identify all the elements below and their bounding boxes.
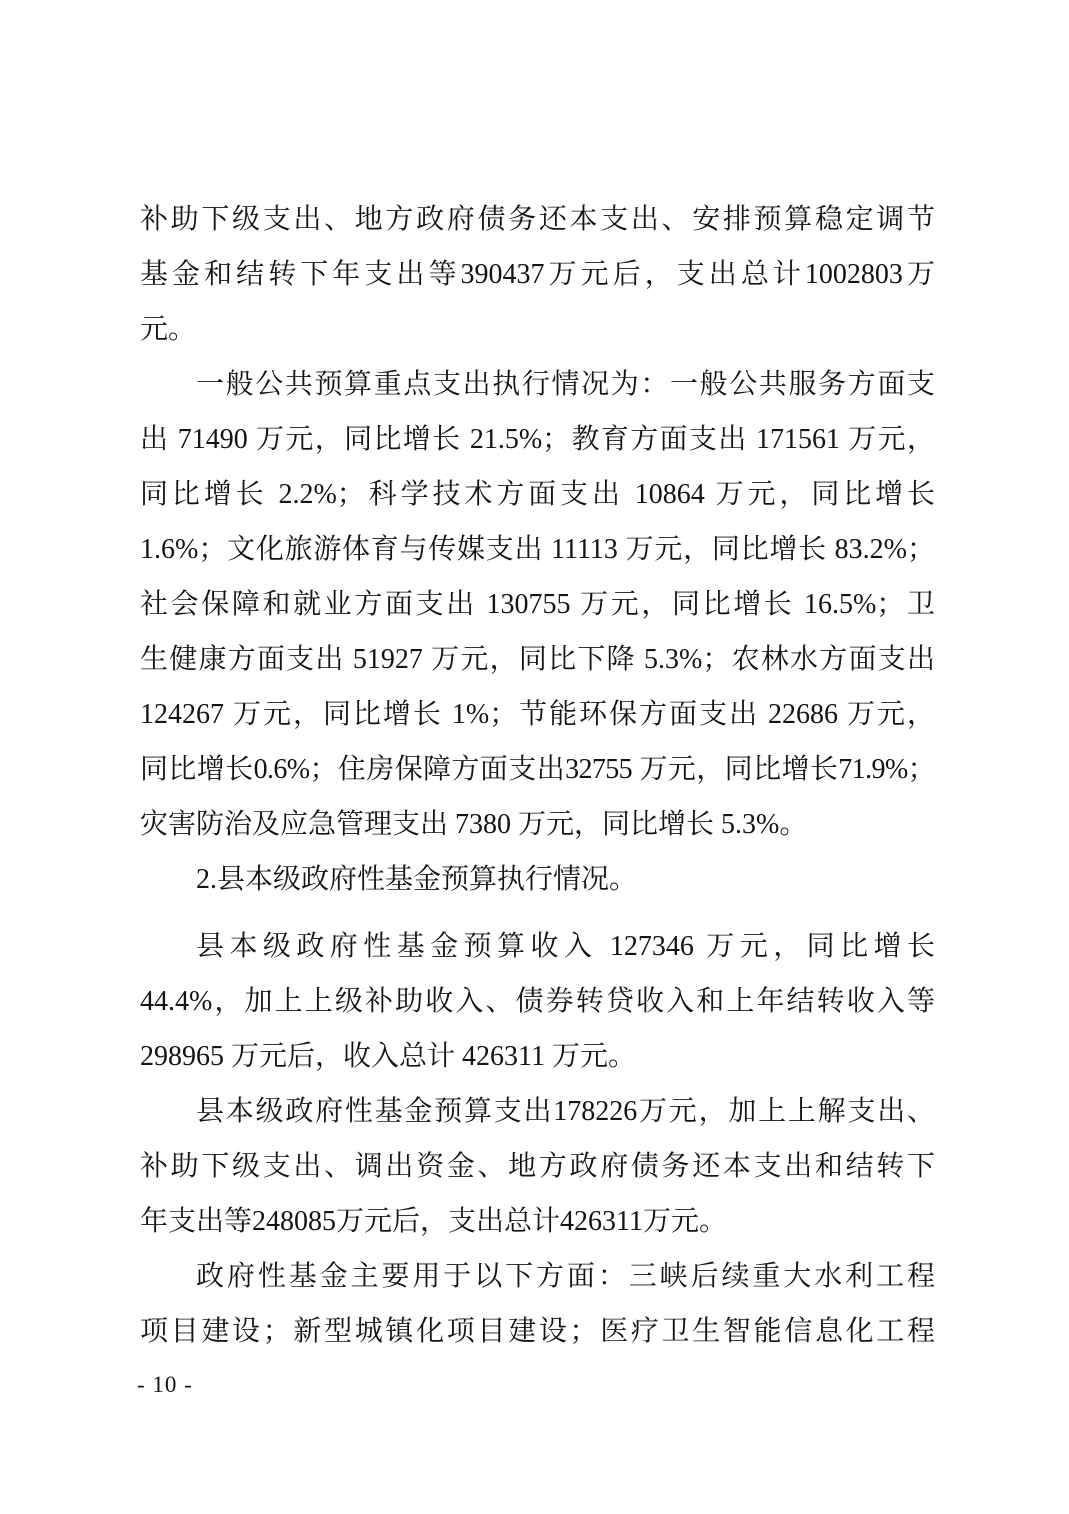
text-line: 出 71490 万元，同比增长 21.5%；教育方面支出 171561 万元， xyxy=(140,412,935,467)
paragraph: 政府性基金主要用于以下方面：三峡后续重大水利工程 项目建设；新型城镇化项目建设；… xyxy=(140,1249,935,1359)
paragraph: 县本级政府性基金预算支出178226万元，加上上解支出、 补助下级支出、调出资金… xyxy=(140,1084,935,1249)
paragraph: 一般公共预算重点支出执行情况为：一般公共服务方面支 出 71490 万元，同比增… xyxy=(140,357,935,852)
text-line: 1.6%；文化旅游体育与传媒支出 11113 万元，同比增长 83.2%； xyxy=(140,522,935,577)
text-line: 同比增长0.6%；住房保障方面支出32755 万元，同比增长71.9%； xyxy=(140,742,935,797)
text-line: 社会保障和就业方面支出 130755 万元，同比增长 16.5%；卫 xyxy=(140,577,935,632)
text-line: 298965 万元后，收入总计 426311 万元。 xyxy=(140,1029,935,1084)
text-line: 县本级政府性基金预算支出178226万元，加上上解支出、 xyxy=(140,1084,935,1139)
page-number: - 10 - xyxy=(137,1370,193,1400)
text-line: 元。 xyxy=(140,302,935,357)
paragraph: 县本级政府性基金预算收入 127346 万元，同比增长 44.4%，加上上级补助… xyxy=(140,919,935,1084)
text-line: 项目建设；新型城镇化项目建设；医疗卫生智能信息化工程 xyxy=(140,1304,935,1359)
text-line: 同比增长 2.2%；科学技术方面支出 10864 万元，同比增长 xyxy=(140,467,935,522)
text-line: 124267 万元，同比增长 1%；节能环保方面支出 22686 万元， xyxy=(140,687,935,742)
document-page: 补助下级支出、地方政府债务还本支出、安排预算稳定调节 基金和结转下年支出等390… xyxy=(0,0,1069,1514)
text-line: 基金和结转下年支出等390437万元后，支出总计1002803万 xyxy=(140,247,935,302)
text-line: 年支出等248085万元后，支出总计426311万元。 xyxy=(140,1194,935,1249)
text-line: 县本级政府性基金预算收入 127346 万元，同比增长 xyxy=(140,919,935,974)
text-line: 44.4%，加上上级补助收入、债券转贷收入和上年结转收入等 xyxy=(140,974,935,1029)
text-line: 灾害防治及应急管理支出 7380 万元，同比增长 5.3%。 xyxy=(140,797,935,852)
text-line: 2.县本级政府性基金预算执行情况。 xyxy=(140,852,935,907)
text-line: 生健康方面支出 51927 万元，同比下降 5.3%；农林水方面支出 xyxy=(140,632,935,687)
text-line: 一般公共预算重点支出执行情况为：一般公共服务方面支 xyxy=(140,357,935,412)
paragraph: 补助下级支出、地方政府债务还本支出、安排预算稳定调节 基金和结转下年支出等390… xyxy=(140,192,935,357)
document-body: 补助下级支出、地方政府债务还本支出、安排预算稳定调节 基金和结转下年支出等390… xyxy=(140,192,935,1359)
text-line: 补助下级支出、地方政府债务还本支出、安排预算稳定调节 xyxy=(140,192,935,247)
paragraph-heading: 2.县本级政府性基金预算执行情况。 xyxy=(140,852,935,907)
text-line: 补助下级支出、调出资金、地方政府债务还本支出和结转下 xyxy=(140,1139,935,1194)
text-line: 政府性基金主要用于以下方面：三峡后续重大水利工程 xyxy=(140,1249,935,1304)
